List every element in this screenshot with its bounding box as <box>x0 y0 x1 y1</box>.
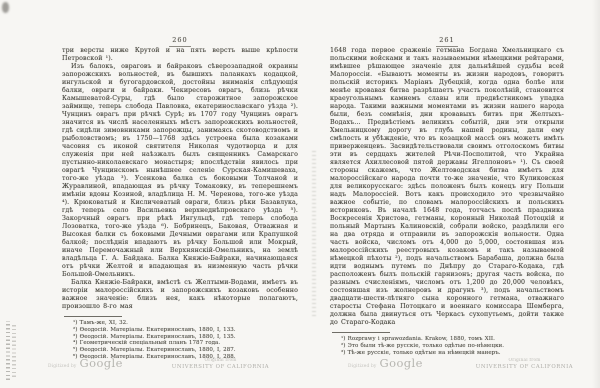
footnote: ⁵) Ѳеодосій. Матеріалы. Екатеринославъ, … <box>73 347 298 354</box>
library-name: UNIVERSITY OF CALIFORNIA <box>472 364 577 371</box>
scan-artifact-margin-marks <box>12 325 16 377</box>
digitized-by-label: Digitized by <box>48 364 77 369</box>
right-page-body: 1648 года первое сраженіе гетмана Богдан… <box>330 47 564 356</box>
footnote-rule <box>332 332 390 333</box>
left-page-number: 260 <box>169 37 190 47</box>
footnote: ¹) Тамъ-же, XI, 32. <box>73 320 298 327</box>
google-logo: Google <box>380 356 423 370</box>
library-stamp: Original from UNIVERSITY OF CALIFORNIA <box>168 358 273 371</box>
library-name: UNIVERSITY OF CALIFORNIA <box>168 364 273 371</box>
right-page-number: 261 <box>436 37 457 47</box>
left-page-header: 260 <box>62 27 298 47</box>
paragraph: 1648 года первое сраженіе гетмана Богдан… <box>330 47 564 327</box>
paragraph: три версты ниже Крутой и на пять верстъ … <box>62 47 298 63</box>
footnote: ¹) Rozprawy i sprawozdania. Krakow, 1880… <box>341 336 564 343</box>
left-page-body: три версты ниже Крутой и на пять верстъ … <box>62 47 298 361</box>
paragraph: Изъ балокъ, овраговъ и байраковъ сѣвероз… <box>62 63 298 279</box>
scan-artifact-gutter-bleed <box>312 148 316 316</box>
google-watermark: Digitized by Google <box>348 356 423 370</box>
scan-artifact-margin-marks <box>6 321 10 380</box>
right-page-header: 261 <box>330 27 564 47</box>
footnote-rule <box>64 316 122 317</box>
digitized-by-label: Digitized by <box>348 364 377 369</box>
paragraph: Балка Княжіе-Байраки, вмѣстѣ съ Желтыми-… <box>62 279 298 311</box>
google-logo: Google <box>80 356 123 370</box>
scan-artifact-corner-speck <box>2 2 9 13</box>
right-footnotes: ¹) Rozprawy i sprawozdania. Krakow, 1880… <box>330 336 564 356</box>
left-footnotes: ¹) Тамъ-же, XI, 32. ²) Ѳеодосій. Матеріа… <box>62 320 298 361</box>
library-stamp: Original from UNIVERSITY OF CALIFORNIA <box>472 358 577 371</box>
google-watermark: Digitized by Google <box>48 356 123 370</box>
book-scan-spread: 260 три версты ниже Крутой и на пять вер… <box>0 0 600 388</box>
footnote: ²) Это были тѣ-же русскіе, только одѣтые… <box>341 343 564 350</box>
footnote: ²) Ѳеодосій. Матеріалы. Екатеринославъ, … <box>73 327 298 334</box>
